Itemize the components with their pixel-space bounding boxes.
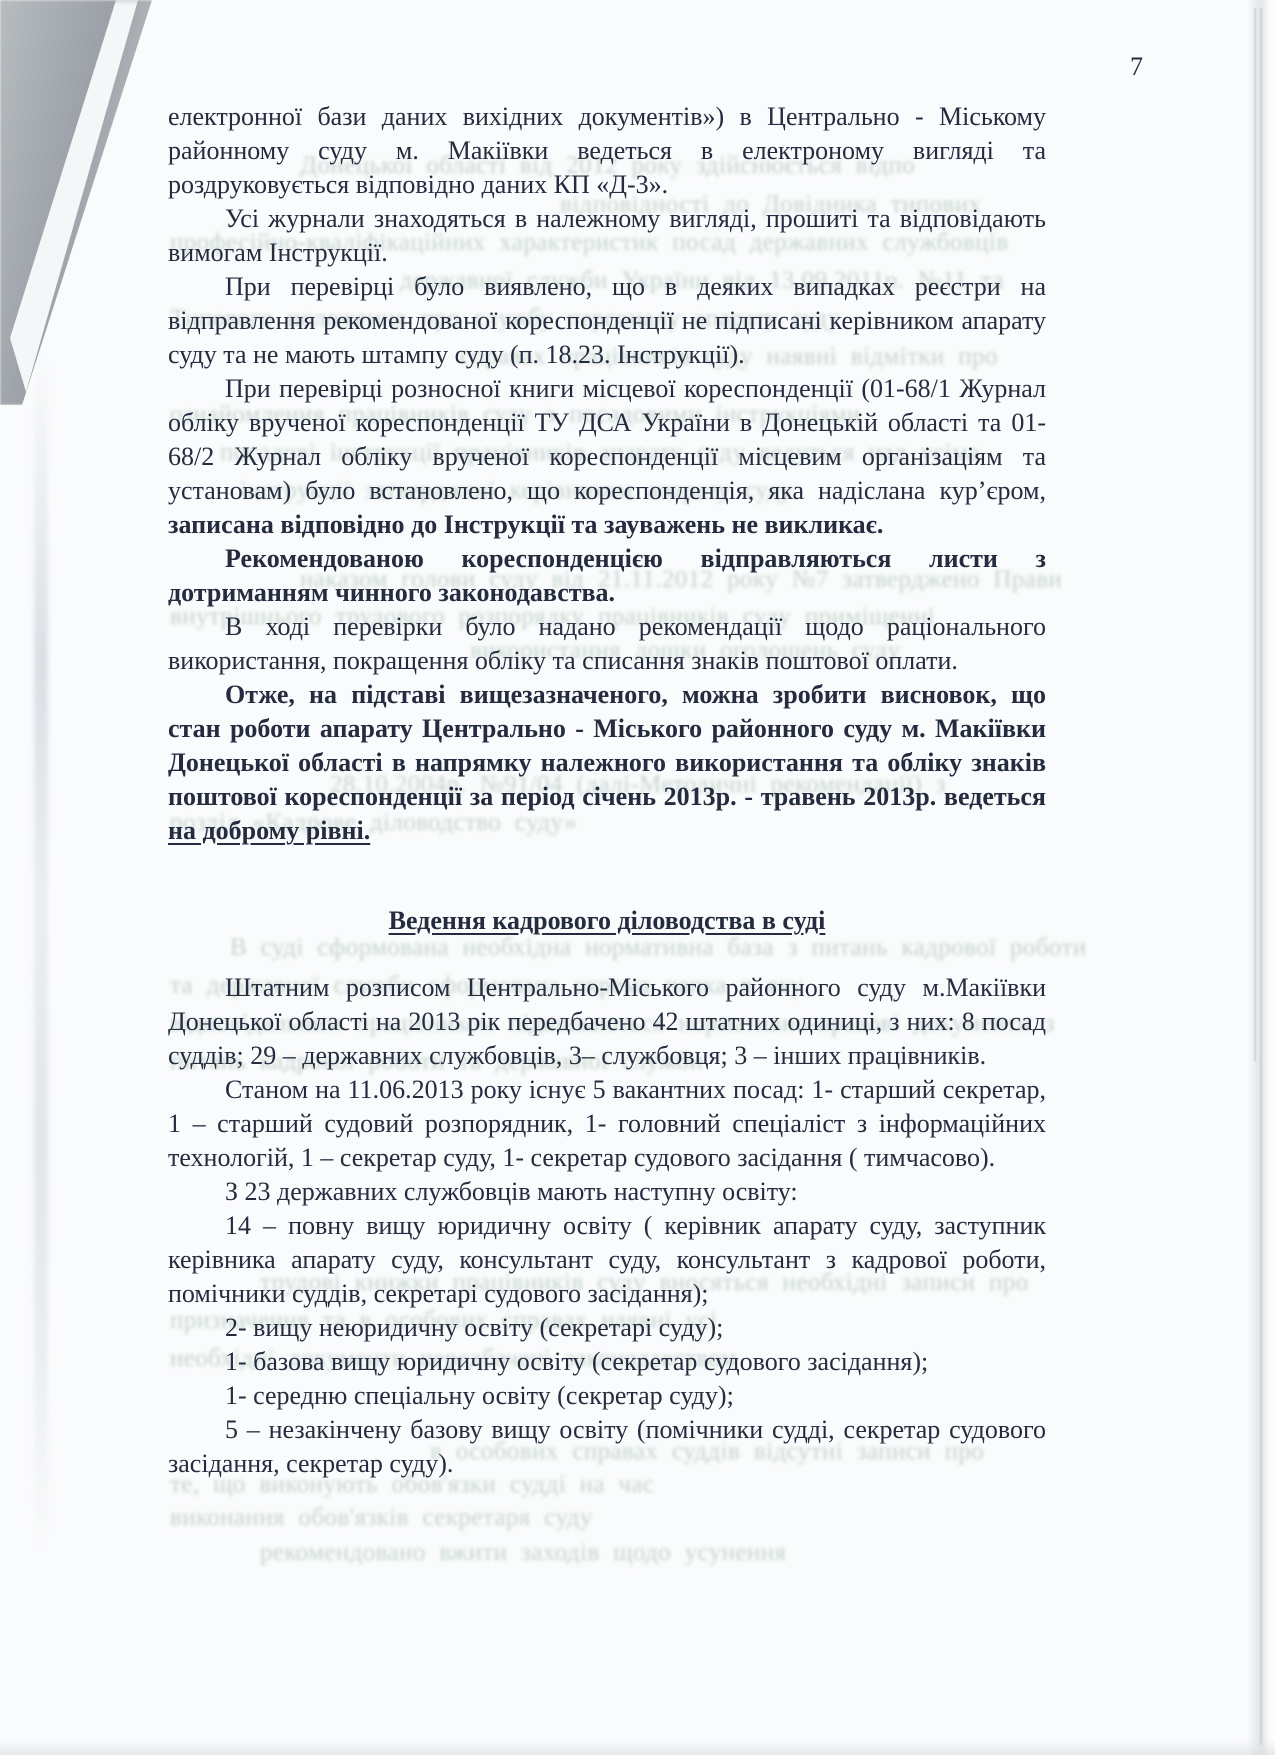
scanned-document-page: { "page": { "number": "7" }, "colors": {…	[0, 0, 1275, 1755]
paragraph: Рекомендованою кореспонденцією відправля…	[168, 542, 1046, 610]
text-segment: Отже, на підставі вищезазначеного, можна…	[168, 680, 1046, 811]
paragraph: При перевірці було виявлено, що в деяких…	[168, 270, 1046, 372]
paragraph: Отже, на підставі вищезазначеного, можна…	[168, 678, 1046, 848]
text-segment: Штатним розписом Центрально-Міського рай…	[168, 973, 1046, 1070]
document-body: електронної бази даних вихідних документ…	[168, 100, 1046, 1481]
paragraph: електронної бази даних вихідних документ…	[168, 100, 1046, 202]
bleedthrough-text-line: рекомендовано вжити заходів щодо усуненн…	[260, 1538, 786, 1568]
paragraph: Усі журнали знаходяться в належному вигл…	[168, 202, 1046, 270]
page-number: 7	[1130, 52, 1143, 82]
text-segment: 1- базова вищу юридичну освіту (секретар…	[225, 1347, 928, 1376]
text-segment: Станом на 11.06.2013 року існує 5 вакант…	[168, 1075, 1046, 1172]
stacked-page-edge-line	[1254, 8, 1256, 1061]
text-segment: При перевірці було виявлено, що в деяких…	[168, 272, 1046, 369]
paragraph: 2- вищу неюридичну освіту (секретарі суд…	[168, 1311, 1046, 1345]
text-segment: 5 – незакінчену базову вищу освіту (помі…	[168, 1415, 1046, 1478]
text-segment: З 23 державних службовців мають наступну…	[225, 1177, 798, 1206]
text-segment: 14 – повну вищу юридичну освіту ( керівн…	[168, 1211, 1046, 1308]
text-segment: Ведення кадрового діловодства в суді	[389, 906, 826, 935]
page-bottom-edge-shadow	[0, 1739, 1275, 1755]
paragraph: Штатним розписом Центрально-Міського рай…	[168, 971, 1046, 1073]
paragraph: 1- середню спеціальну освіту (секретар с…	[168, 1379, 1046, 1413]
text-segment: Усі журнали знаходяться в належному вигл…	[168, 204, 1046, 267]
text-segment: 1- середню спеціальну освіту (секретар с…	[225, 1381, 734, 1410]
paragraph: 5 – незакінчену базову вищу освіту (помі…	[168, 1413, 1046, 1481]
bleedthrough-text-line: виконання обов'язків секретаря суду	[170, 1503, 593, 1533]
paragraph: В ході перевірки було надано рекомендаці…	[168, 610, 1046, 678]
text-segment: записана відповідно до Інструкції та зау…	[168, 510, 883, 539]
paragraph: При перевірці розносної книги місцевої к…	[168, 372, 1046, 542]
stacked-page-edge-line	[1260, 8, 1262, 1745]
paper-fold-smudge	[34, 350, 48, 1550]
text-segment: на доброму рівні.	[168, 816, 370, 845]
section-heading: Ведення кадрового діловодства в суді	[168, 904, 1046, 938]
paragraph: 1- базова вищу юридичну освіту (секретар…	[168, 1345, 1046, 1379]
text-segment: При перевірці розносної книги місцевої к…	[168, 374, 1046, 505]
text-segment: 2- вищу неюридичну освіту (секретарі суд…	[225, 1313, 723, 1342]
text-segment: Рекомендованою кореспонденцією відправля…	[168, 544, 1046, 607]
paragraph: Станом на 11.06.2013 року існує 5 вакант…	[168, 1073, 1046, 1175]
paragraph: З 23 державних службовців мають наступну…	[168, 1175, 1046, 1209]
text-segment: електронної бази даних вихідних документ…	[168, 102, 1046, 199]
text-segment: В ході перевірки було надано рекомендаці…	[168, 612, 1046, 675]
paragraph: 14 – повну вищу юридичну освіту ( керівн…	[168, 1209, 1046, 1311]
